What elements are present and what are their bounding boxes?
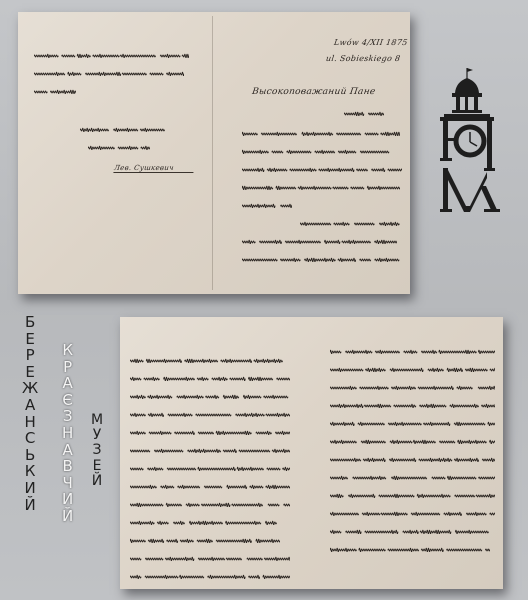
- handwriting-line: [242, 130, 400, 136]
- handwriting-line: [330, 402, 495, 408]
- title-letter: Р: [26, 347, 35, 364]
- handwriting-line: [130, 357, 290, 363]
- title-letter: Й: [92, 474, 102, 489]
- handwriting-line: [330, 438, 495, 444]
- handwriting-line: [34, 70, 184, 76]
- title-letter: Й: [24, 497, 35, 514]
- handwriting-line: [330, 420, 495, 426]
- handwriting-line: [130, 555, 290, 561]
- handwriting-line: [242, 202, 292, 208]
- title-letter: Є: [62, 392, 72, 409]
- handwriting-line: [130, 393, 290, 399]
- letter-signature: Лев. Сушкевич: [113, 164, 194, 173]
- handwriting-line: [242, 148, 396, 154]
- handwriting-line: [300, 220, 400, 226]
- title-letter: Н: [24, 414, 35, 431]
- title-letter: Н: [62, 425, 73, 442]
- museum-title-word-2: КРАЄЗНАВЧИЙ: [62, 342, 73, 525]
- museum-title-word-1: БЕРЕЖАНСЬКИЙ: [22, 314, 38, 513]
- handwriting-line: [130, 411, 290, 417]
- title-letter: В: [62, 458, 72, 475]
- title-letter: Е: [93, 459, 102, 474]
- handwriting-line: [130, 465, 290, 471]
- handwriting-line: [130, 429, 290, 435]
- handwriting-line: [242, 256, 402, 262]
- handwriting-line: [344, 110, 384, 116]
- title-letter: Б: [25, 314, 35, 331]
- handwriting-line: [88, 144, 150, 150]
- museum-title-word-3: МУЗЕЙ: [91, 413, 103, 489]
- handwriting-line: [330, 510, 495, 516]
- handwriting-line: [34, 88, 76, 94]
- handwriting-line: [130, 573, 290, 579]
- title-letter: Ж: [22, 380, 38, 397]
- title-letter: И: [62, 491, 73, 508]
- page-fold-line: [212, 16, 213, 290]
- handwriting-line: [242, 238, 397, 244]
- handwriting-line: [34, 52, 189, 58]
- handwriting-line: [80, 126, 172, 132]
- title-letter: А: [25, 397, 35, 414]
- title-letter: А: [63, 442, 73, 459]
- letter-page-1: Lwów 4/XII 1875 ul. Sobieskiego 8 Высоко…: [18, 12, 410, 294]
- title-letter: Е: [25, 331, 34, 348]
- letter-address: ul. Sobieskiego 8: [325, 54, 401, 63]
- handwriting-line: [130, 447, 290, 453]
- title-letter: Й: [62, 508, 73, 525]
- handwriting-line: [330, 546, 490, 552]
- handwriting-line: [330, 474, 495, 480]
- handwriting-line: [130, 375, 290, 381]
- title-letter: А: [63, 375, 73, 392]
- title-letter: Ч: [62, 475, 72, 492]
- title-letter: К: [62, 342, 73, 359]
- handwriting-line: [330, 366, 495, 372]
- letter-salutation: Высокоповажаний Пане: [251, 87, 376, 97]
- handwriting-line: [130, 519, 280, 525]
- handwriting-line: [330, 492, 495, 498]
- handwriting-line: [130, 483, 290, 489]
- title-letter: К: [25, 463, 36, 480]
- title-letter: З: [63, 408, 73, 425]
- handwriting-line: [330, 456, 495, 462]
- title-letter: Р: [63, 359, 72, 376]
- title-letter: М: [91, 413, 103, 428]
- handwriting-line: [330, 384, 495, 390]
- handwriting-line: [330, 348, 495, 354]
- clock-tower-logo-icon: [440, 66, 528, 216]
- handwriting-line: [130, 501, 290, 507]
- title-letter: Ь: [25, 447, 35, 464]
- letter-page-2: [120, 317, 503, 589]
- title-letter: С: [25, 430, 35, 447]
- letter-date: Lwów 4/XII 1875: [333, 38, 408, 47]
- handwriting-line: [242, 166, 402, 172]
- handwriting-line: [242, 184, 400, 190]
- handwriting-line: [330, 528, 495, 534]
- title-letter: И: [24, 480, 35, 497]
- title-letter: Е: [25, 364, 34, 381]
- title-letter: У: [93, 428, 102, 443]
- title-letter: З: [93, 443, 102, 458]
- handwriting-line: [130, 537, 280, 543]
